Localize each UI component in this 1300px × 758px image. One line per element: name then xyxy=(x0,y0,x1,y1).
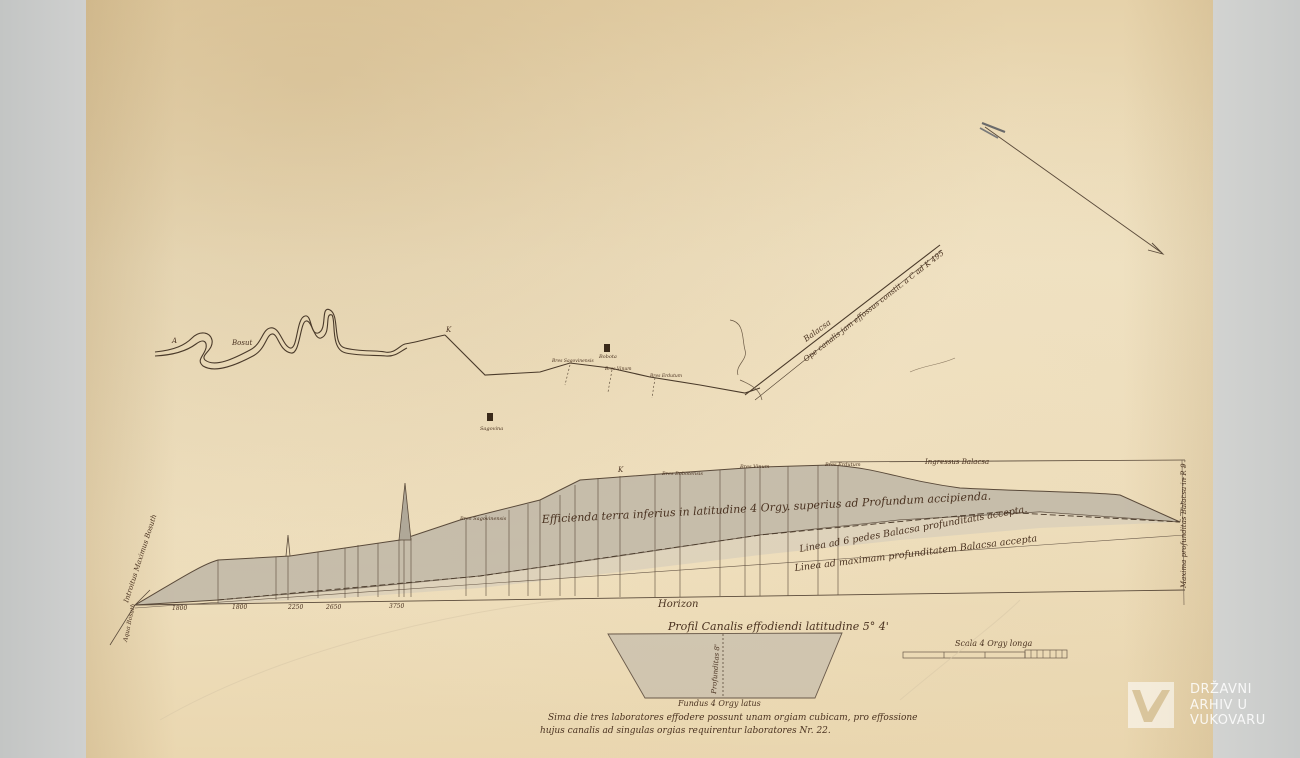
left-bottom-label: Aqua Bosuth xyxy=(122,603,137,643)
profile-label-vinum: Bres Vinum xyxy=(739,464,770,470)
distance-mark-3: 2250 xyxy=(287,604,303,611)
scale-label: Scala 4 Orgy longa xyxy=(955,639,1032,648)
map-drawing: Bosut A K Balacsa Ope canalis jam effoss… xyxy=(0,0,1300,758)
plan-view xyxy=(155,245,955,400)
left-vertical-label: Introitus Maximus Bosuth xyxy=(122,513,158,604)
svg-text:Sagovina: Sagovina xyxy=(480,426,503,432)
profile-label-ingressus: Ingressus Balacsa xyxy=(924,458,989,466)
settlement-bobota: Bobota xyxy=(598,344,617,360)
settlement-sagovina: Sagovina xyxy=(480,413,503,432)
distance-mark-1: 1800 xyxy=(172,605,187,612)
station-2: Bres Vinum xyxy=(604,366,632,372)
longitudinal-profile xyxy=(110,460,1185,645)
compass-arrow-icon xyxy=(980,123,1163,254)
horizon-label: Horizon xyxy=(657,599,698,610)
canal-route xyxy=(445,335,760,393)
distance-mark-2: 1800 xyxy=(232,604,247,611)
right-vertical-label: Maxima profunditas Balacsa in P. 9 xyxy=(1180,463,1188,589)
svg-text:Bobota: Bobota xyxy=(598,354,617,360)
canal-note: Ope canalis jam effossus constit. a C ad… xyxy=(802,248,946,363)
note-line-1: Sima die tres laboratores effodere possu… xyxy=(548,713,918,723)
point-a: A xyxy=(171,337,177,345)
archive-logo-icon xyxy=(1128,682,1174,728)
point-k: K xyxy=(445,326,452,334)
bottom-width-label: Fundus 4 Orgy latus xyxy=(677,699,761,708)
paper-creases xyxy=(160,600,1020,720)
plan-labels: Bosut A K Balacsa Ope canalis jam effoss… xyxy=(171,248,946,432)
cross-section: Profil Canalis effodiendi latitudine 5° … xyxy=(540,620,918,736)
cross-section-title: Profil Canalis effodiendi latitudine 5° … xyxy=(667,620,889,633)
station-3: Bres Erdutum xyxy=(649,373,682,379)
profile-label-sagovina: Bres Sagovinensis xyxy=(459,516,507,522)
balacsa-channel xyxy=(745,245,940,395)
archive-watermark: DRŽAVNI ARHIV U VUKOVARU xyxy=(1128,682,1278,732)
scale-bar: Scala 4 Orgy longa xyxy=(903,639,1067,658)
profile-label-erdutum: Bres Erdutum xyxy=(824,462,861,468)
station-1: Bres Sagovinensis xyxy=(551,358,594,364)
archive-name: DRŽAVNI ARHIV U VUKOVARU xyxy=(1190,682,1266,729)
distance-mark-5: 3750 xyxy=(389,603,404,610)
profile-label-bobota: Bres Bobotensis xyxy=(661,471,703,477)
note-line-2: hujus canalis ad singulas orgias require… xyxy=(540,726,831,736)
river-label: Bosut xyxy=(231,339,252,347)
profile-label-k: K xyxy=(617,466,624,474)
distance-mark-4: 2650 xyxy=(325,604,341,611)
